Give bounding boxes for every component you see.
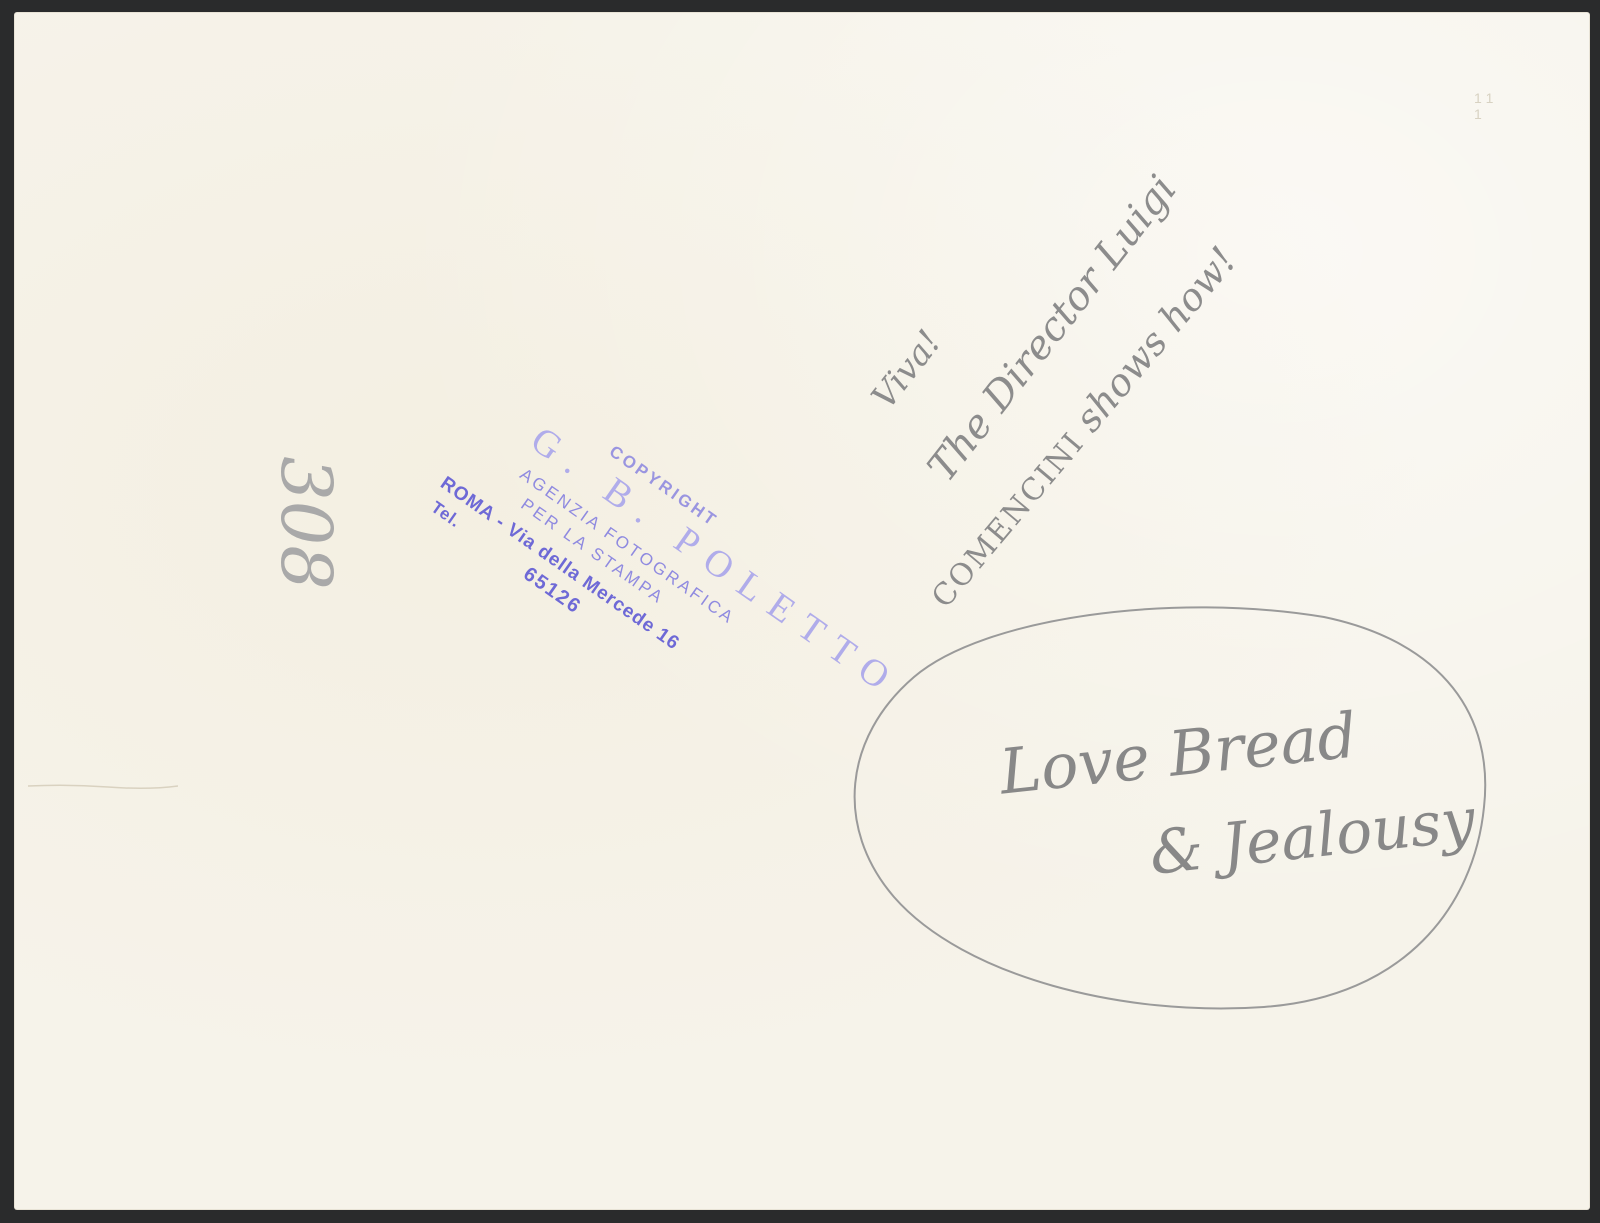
pencil-note-viva: Viva! bbox=[864, 323, 950, 417]
photo-back-paper: 1 1 1 308 COPYRIGHT G. B. POLETTO AGENZI… bbox=[14, 12, 1590, 1210]
faint-corner-mark: 1 1 1 bbox=[1474, 90, 1504, 110]
paper-crease bbox=[28, 782, 178, 790]
pencil-number: 308 bbox=[265, 456, 347, 590]
copyright-stamp: COPYRIGHT G. B. POLETTO AGENZIA FOTOGRAF… bbox=[312, 422, 779, 874]
